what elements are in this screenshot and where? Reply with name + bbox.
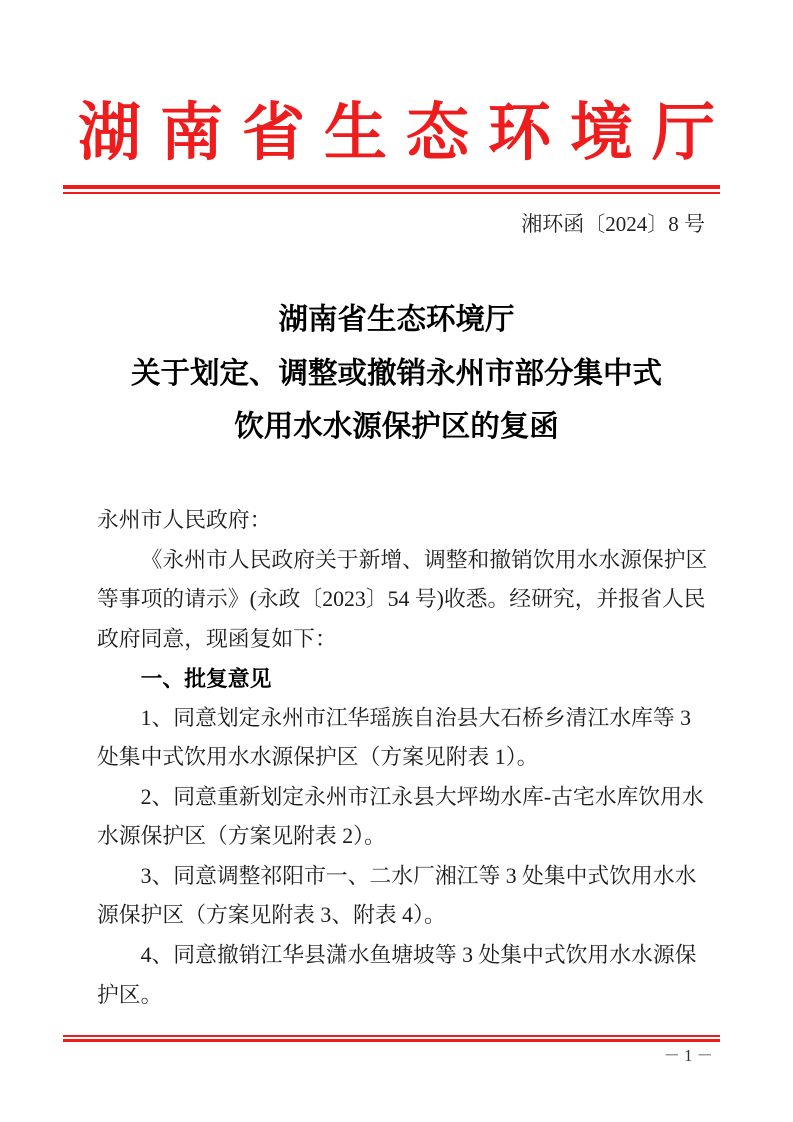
document-page: 湖南省生态环境厅 湘环函〔2024〕8 号 湖南省生态环境厅 关于划定、调整或撤… <box>0 0 793 1122</box>
page-number: － 1 － <box>664 1042 714 1066</box>
section-heading: 一、批复意见 <box>97 659 709 699</box>
footer-divider-thick-bar <box>63 1039 720 1043</box>
body-line: 水源保护区（方案见附表 2）。 <box>97 817 709 857</box>
body-line: 4、同意撤销江华县潇水鱼塘坡等 3 处集中式饮用水水源保 <box>97 936 709 976</box>
document-title: 湖南省生态环境厅 关于划定、调整或撤销永州市部分集中式 饮用水水源保护区的复函 <box>0 294 793 455</box>
body-line: 2、同意重新划定永州市江永县大坪坳水库-古宅水库饮用水 <box>97 778 709 818</box>
footer-red-divider <box>63 1035 720 1042</box>
document-title-line-1: 湖南省生态环境厅 <box>0 294 793 348</box>
body-line: 1、同意划定永州市江华瑶族自治县大石桥乡清江水库等 3 <box>97 699 709 739</box>
body-line: 处集中式饮用水水源保护区（方案见附表 1）。 <box>97 738 709 778</box>
body-line: 《永州市人民政府关于新增、调整和撤销饮用水水源保护区 <box>97 541 709 581</box>
body-line: 源保护区（方案见附表 3、附表 4）。 <box>97 896 709 936</box>
document-title-line-3: 饮用水水源保护区的复函 <box>0 401 793 455</box>
header-divider-thin-bar <box>63 192 720 194</box>
salutation-line: 永州市人民政府： <box>97 501 709 541</box>
document-title-line-2: 关于划定、调整或撤销永州市部分集中式 <box>0 348 793 402</box>
body-line: 政府同意，现函复如下： <box>97 620 709 660</box>
body-text: 永州市人民政府： 《永州市人民政府关于新增、调整和撤销饮用水水源保护区 等事项的… <box>97 501 709 1015</box>
document-number: 湘环函〔2024〕8 号 <box>521 208 705 238</box>
header-red-divider <box>63 185 720 194</box>
body-line: 护区。 <box>97 976 709 1016</box>
body-line: 3、同意调整祁阳市一、二水厂湘江等 3 处集中式饮用水水 <box>97 857 709 897</box>
letterhead-title: 湖南省生态环境厅 <box>0 96 793 170</box>
body-line: 等事项的请示》(永政〔2023〕54 号)收悉。经研究，并报省人民 <box>97 580 709 620</box>
